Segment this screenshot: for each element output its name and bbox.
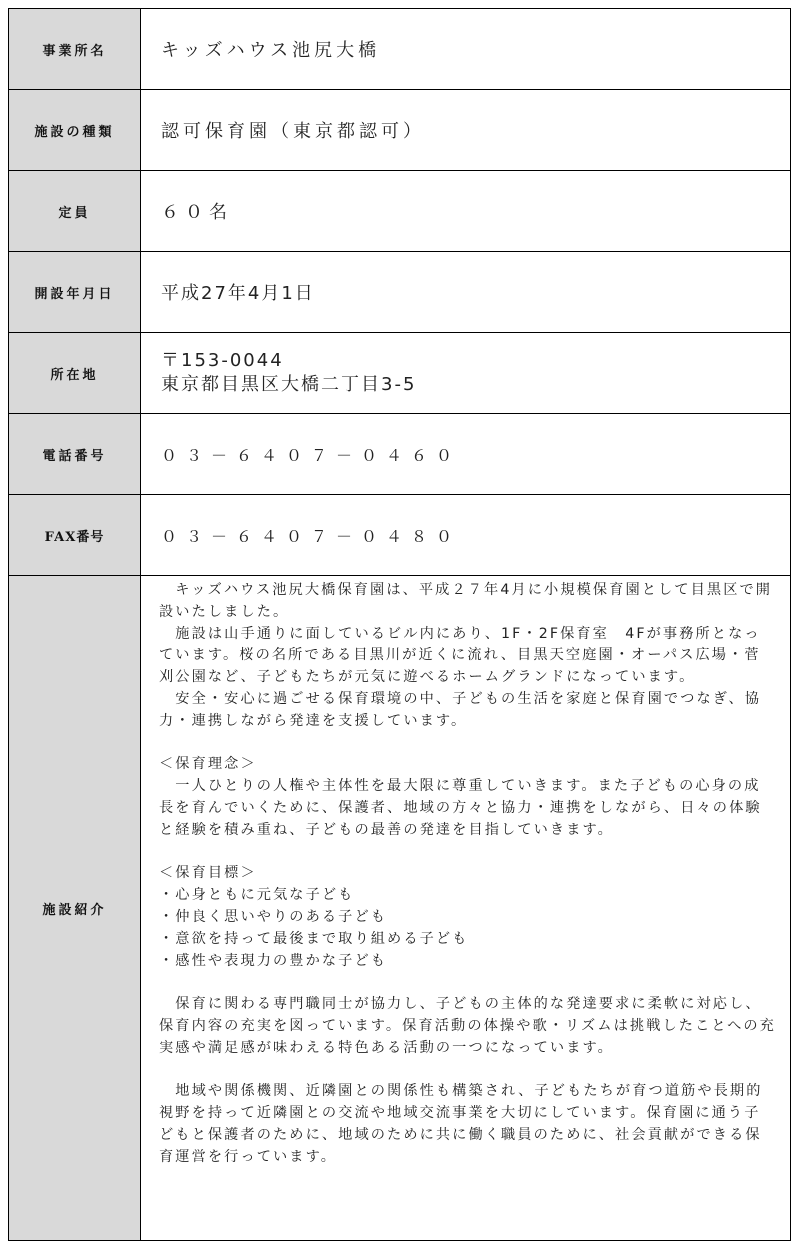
intro-paragraph-2: 施設は山手通りに面しているビル内にあり、1F・2F保育室 4Fが事務所となってい… <box>159 624 776 689</box>
spacer <box>159 842 776 864</box>
label-fax: FAX番号 <box>9 495 141 576</box>
value-facility-type: 認可保育園（東京都認可） <box>141 90 791 171</box>
philosophy-text: 一人ひとりの人権や主体性を最大限に尊重していきます。また子どもの心身の成長を育ん… <box>159 776 776 841</box>
row-facility-type: 施設の種類 認可保育園（東京都認可） <box>9 90 791 171</box>
intro-paragraph-1: キッズハウス池尻大橋保育園は、平成２７年4月に小規模保育園として目黒区で開設いた… <box>159 580 776 624</box>
staff-paragraph: 保育に関わる専門職同士が協力し、子どもの主体的な発達要求に柔軟に対応し、保育内容… <box>159 994 776 1059</box>
row-introduction: 施設紹介 キッズハウス池尻大橋保育園は、平成２７年4月に小規模保育園として目黒区… <box>9 576 791 1241</box>
goal-item: ・仲良く思いやりのある子ども <box>159 907 776 929</box>
label-capacity: 定員 <box>9 171 141 252</box>
facility-info-table: 事業所名 キッズハウス池尻大橋 施設の種類 認可保育園（東京都認可） 定員 ６０… <box>8 8 791 1241</box>
street-address: 東京都目黒区大橋二丁目3-5 <box>161 373 790 397</box>
spacer <box>159 972 776 994</box>
row-fax: FAX番号 ０３－６４０７－０４８０ <box>9 495 791 576</box>
spacer <box>159 1060 776 1082</box>
intro-paragraph-3: 安全・安心に過ごせる保育環境の中、子どもの生活を家庭と保育園でつなぎ、協力・連携… <box>159 689 776 733</box>
community-paragraph: 地域や関係機関、近隣園との関係性も構築され、子どもたちが育つ道筋や長期的視野を持… <box>159 1081 776 1168</box>
goals-heading: ＜保育目標＞ <box>159 863 776 885</box>
goal-item: ・心身ともに元気な子ども <box>159 885 776 907</box>
value-capacity: ６０名 <box>141 171 791 252</box>
value-phone: ０３－６４０７－０４６０ <box>141 414 791 495</box>
value-business-name: キッズハウス池尻大橋 <box>141 9 791 90</box>
label-business-name: 事業所名 <box>9 9 141 90</box>
value-opening-date: 平成27年4月1日 <box>141 252 791 333</box>
value-fax: ０３－６４０７－０４８０ <box>141 495 791 576</box>
label-phone: 電話番号 <box>9 414 141 495</box>
row-phone: 電話番号 ０３－６４０７－０４６０ <box>9 414 791 495</box>
row-capacity: 定員 ６０名 <box>9 171 791 252</box>
row-address: 所在地 〒153-0044 東京都目黒区大橋二丁目3-5 <box>9 333 791 414</box>
label-opening-date: 開設年月日 <box>9 252 141 333</box>
goal-item: ・感性や表現力の豊かな子ども <box>159 951 776 973</box>
philosophy-heading: ＜保育理念＞ <box>159 754 776 776</box>
goal-item: ・意欲を持って最後まで取り組める子ども <box>159 929 776 951</box>
spacer <box>159 733 776 755</box>
label-facility-type: 施設の種類 <box>9 90 141 171</box>
postal-code: 〒153-0044 <box>161 349 790 373</box>
row-opening-date: 開設年月日 平成27年4月1日 <box>9 252 791 333</box>
label-introduction: 施設紹介 <box>9 576 141 1241</box>
label-address: 所在地 <box>9 333 141 414</box>
introduction-text: キッズハウス池尻大橋保育園は、平成２７年4月に小規模保育園として目黒区で開設いた… <box>141 576 791 1241</box>
row-business-name: 事業所名 キッズハウス池尻大橋 <box>9 9 791 90</box>
value-address: 〒153-0044 東京都目黒区大橋二丁目3-5 <box>141 333 791 414</box>
